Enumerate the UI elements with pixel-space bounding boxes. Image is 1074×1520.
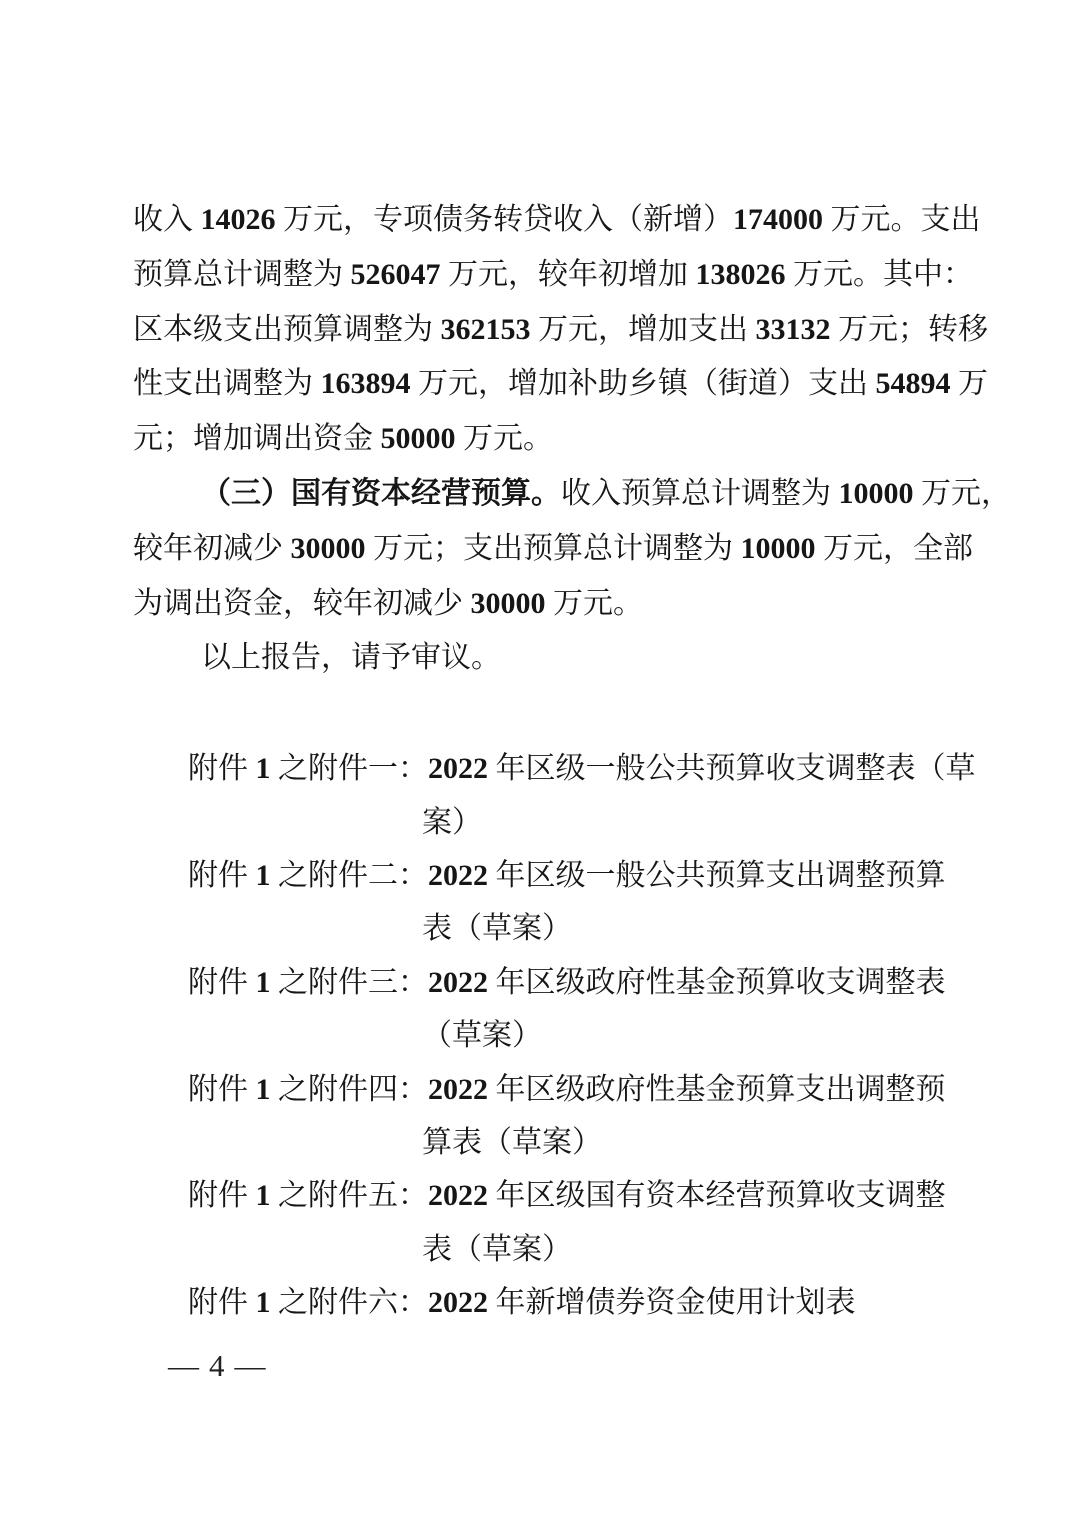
- text-segment: 预算总计调整为: [133, 258, 351, 291]
- text-segment: 万元，专项债务转贷收入（新增）: [276, 203, 734, 236]
- text-segment: 表（草案）: [422, 912, 572, 945]
- text-segment: 收入: [133, 203, 201, 236]
- text-segment: 万元，增加支出: [531, 313, 756, 346]
- attachment-line: 附件 1 之附件三：2022 年区级政府性基金预算收支调整表: [188, 956, 943, 1009]
- number-value: 526047: [351, 258, 441, 291]
- number-value: 1: [256, 1286, 271, 1319]
- text-segment: 元；增加调出资金: [133, 422, 381, 455]
- text-segment: 年新增债券资金使用计划表: [488, 1286, 856, 1319]
- body-text-line: 性支出调整为 163894 万元，增加补助乡镇（街道）支出 54894 万: [133, 357, 943, 412]
- number-value: 1: [256, 966, 271, 999]
- text-segment: 年区级政府性基金预算支出调整预: [488, 1073, 946, 1106]
- body-text-line: （三）国有资本经营预算。收入预算总计调整为 10000 万元，: [133, 467, 943, 522]
- text-segment: 较年初减少: [133, 532, 291, 565]
- body-text-line: 以上报告，请予审议。: [133, 631, 943, 686]
- number-value: 1: [256, 1073, 271, 1106]
- body-text-line: 预算总计调整为 526047 万元，较年初增加 138026 万元。其中：: [133, 248, 943, 303]
- text-segment: 附件: [188, 1179, 256, 1212]
- text-segment: 万元。: [546, 587, 644, 620]
- number-value: 1: [256, 859, 271, 892]
- footer-dash-right: —: [235, 1348, 266, 1383]
- text-segment: 区本级支出预算调整为: [133, 313, 441, 346]
- text-segment: 年区级一般公共预算支出调整预算: [488, 859, 946, 892]
- attachment-line: 附件 1 之附件六：2022 年新增债券资金使用计划表: [188, 1276, 943, 1329]
- text-segment: 算表（草案）: [422, 1126, 602, 1159]
- number-value: 30000: [471, 587, 546, 620]
- attachment-continuation-line: （草案）: [422, 1009, 943, 1062]
- text-segment: 年区级一般公共预算收支调整表（草: [488, 752, 976, 785]
- attachment-continuation-line: 表（草案）: [422, 1223, 943, 1276]
- text-segment: 之附件四：: [271, 1073, 429, 1106]
- number-value: 2022: [428, 752, 488, 785]
- attachment-line: 附件 1 之附件五：2022 年区级国有资本经营预算收支调整: [188, 1169, 943, 1222]
- text-segment: 万元，增加补助乡镇（街道）支出: [411, 367, 876, 400]
- number-value: 362153: [441, 313, 531, 346]
- text-segment: 表（草案）: [422, 1233, 572, 1266]
- attachment-continuation-line: 算表（草案）: [422, 1116, 943, 1169]
- number-value: 54894: [876, 367, 951, 400]
- attachment-line: 附件 1 之附件四：2022 年区级政府性基金预算支出调整预: [188, 1063, 943, 1116]
- page-footer: —4—: [168, 1348, 266, 1384]
- attachment-line: 附件 1 之附件二：2022 年区级一般公共预算支出调整预算: [188, 849, 943, 902]
- text-segment: 收入预算总计调整为: [561, 477, 839, 510]
- text-segment: 案）: [422, 806, 482, 839]
- text-segment: 万元，: [914, 477, 1012, 510]
- body-text-line: 元；增加调出资金 50000 万元。: [133, 412, 943, 467]
- text-segment: 附件: [188, 859, 256, 892]
- text-segment: 万元。其中：: [786, 258, 974, 291]
- text-segment: 年区级政府性基金预算收支调整表: [488, 966, 946, 999]
- text-segment: 万元。: [456, 422, 554, 455]
- body-text-line: 区本级支出预算调整为 362153 万元，增加支出 33132 万元；转移: [133, 303, 943, 358]
- page-number: 4: [209, 1348, 225, 1383]
- number-value: 2022: [428, 1179, 488, 1212]
- text-segment: 万元；支出预算总计调整为: [366, 532, 741, 565]
- body-text-line: 较年初减少 30000 万元；支出预算总计调整为 10000 万元，全部: [133, 522, 943, 577]
- number-value: 138026: [696, 258, 786, 291]
- text-segment: 附件: [188, 752, 256, 785]
- number-value: 174000: [733, 203, 823, 236]
- text-segment: 之附件一：: [271, 752, 429, 785]
- number-value: 2022: [428, 1073, 488, 1106]
- attachment-continuation-line: 案）: [422, 796, 943, 849]
- footer-dash-left: —: [168, 1348, 199, 1383]
- text-segment: 以上报告，请予审议。: [201, 641, 501, 674]
- number-value: 1: [256, 752, 271, 785]
- number-value: 163894: [321, 367, 411, 400]
- number-value: 33132: [756, 313, 831, 346]
- number-value: 30000: [291, 532, 366, 565]
- text-segment: 万元，全部: [816, 532, 974, 565]
- attachment-line: 附件 1 之附件一：2022 年区级一般公共预算收支调整表（草: [188, 742, 943, 795]
- attachment-continuation-line: 表（草案）: [422, 902, 943, 955]
- text-segment: 万元。支出: [823, 203, 981, 236]
- number-value: 10000: [741, 532, 816, 565]
- text-segment: 附件: [188, 1073, 256, 1106]
- section-heading-text: （三）国有资本经营预算。: [201, 477, 561, 510]
- number-value: 1: [256, 1179, 271, 1212]
- text-segment: 万元；转移: [831, 313, 989, 346]
- text-segment: （草案）: [422, 1019, 542, 1052]
- report-body-paragraphs: 收入 14026 万元，专项债务转贷收入（新增）174000 万元。支出预算总计…: [133, 193, 943, 686]
- number-value: 50000: [381, 422, 456, 455]
- attachment-list: 附件 1 之附件一：2022 年区级一般公共预算收支调整表（草案）附件 1 之附…: [133, 742, 943, 1329]
- text-segment: 之附件三：: [271, 966, 429, 999]
- text-segment: 万: [951, 367, 989, 400]
- number-value: 14026: [201, 203, 276, 236]
- text-segment: 之附件六：: [271, 1286, 429, 1319]
- text-segment: 附件: [188, 1286, 256, 1319]
- text-segment: 附件: [188, 966, 256, 999]
- number-value: 2022: [428, 859, 488, 892]
- document-page: 收入 14026 万元，专项债务转贷收入（新增）174000 万元。支出预算总计…: [0, 0, 1074, 1520]
- number-value: 2022: [428, 1286, 488, 1319]
- body-text-line: 收入 14026 万元，专项债务转贷收入（新增）174000 万元。支出: [133, 193, 943, 248]
- text-segment: 年区级国有资本经营预算收支调整: [488, 1179, 946, 1212]
- text-segment: 之附件五：: [271, 1179, 429, 1212]
- text-segment: 万元，较年初增加: [441, 258, 696, 291]
- body-text-line: 为调出资金，较年初减少 30000 万元。: [133, 577, 943, 632]
- number-value: 10000: [839, 477, 914, 510]
- number-value: 2022: [428, 966, 488, 999]
- text-segment: 之附件二：: [271, 859, 429, 892]
- text-segment: 为调出资金，较年初减少: [133, 587, 471, 620]
- text-segment: 性支出调整为: [133, 367, 321, 400]
